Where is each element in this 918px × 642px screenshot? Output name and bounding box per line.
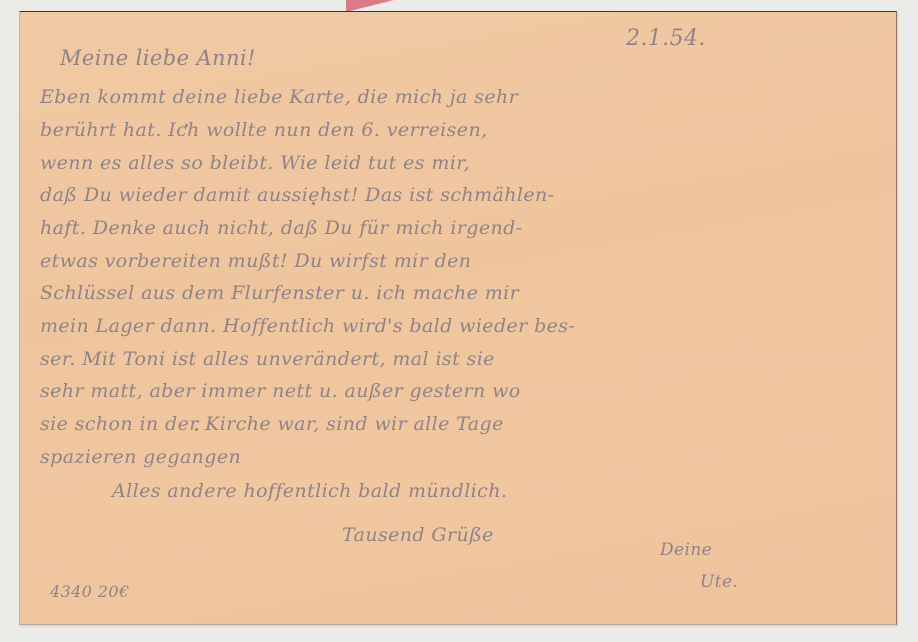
signature-name: Ute.	[700, 572, 738, 592]
body-line-8: mein Lager dann. Hoffentlich wird's bald…	[40, 315, 575, 337]
body-line-10: sehr matt, aber immer nett u. außer gest…	[40, 380, 521, 402]
body-line-7: Schlüssel aus dem Flurfenster u. ich mac…	[40, 282, 519, 304]
body-line-12: spazieren gegangen	[40, 446, 241, 468]
signature-deine: Deine	[660, 540, 712, 560]
body-line-2: berührt hat. Ich wollte nun den 6. verre…	[40, 119, 488, 141]
greeting: Meine liebe Anni!	[60, 46, 256, 70]
body-line-4: daß Du wieder damit aussiehst! Das ist s…	[40, 184, 554, 206]
body-line-9: ser. Mit Toni ist alles unverändert, mal…	[40, 348, 495, 370]
date: 2.1.54.	[626, 26, 706, 51]
margin-note: 4340 20€	[50, 582, 130, 601]
body-line-6: etwas vorbereiten mußt! Du wirfst mir de…	[40, 250, 471, 272]
closing-line-2: Tausend Grüße	[342, 524, 494, 546]
closing-line-1: Alles andere hoffentlich bald mündlich.	[112, 480, 507, 502]
body-line-3: wenn es alles so bleibt. Wie leid tut es…	[40, 152, 470, 174]
postcard: 2.1.54. Meine liebe Anni! Eben kommt dei…	[19, 11, 897, 625]
body-line-11: sie schon in der Kirche war, sind wir al…	[40, 413, 504, 435]
paper-speck	[195, 428, 198, 431]
body-line-1: Eben kommt deine liebe Karte, die mich j…	[40, 86, 518, 108]
paper-speck	[312, 202, 315, 205]
body-line-5: haft. Denke auch nicht, daß Du für mich …	[40, 217, 523, 239]
paper-speck	[185, 124, 188, 127]
postcard-scan: 2.1.54. Meine liebe Anni! Eben kommt dei…	[0, 0, 918, 642]
